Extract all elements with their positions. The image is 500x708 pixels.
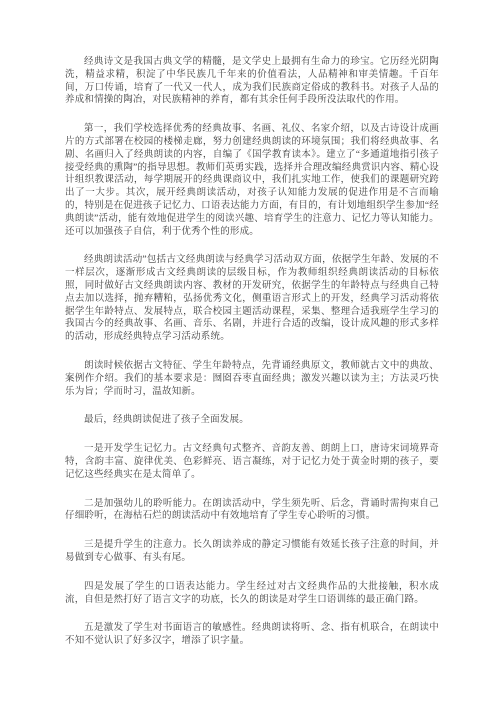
paragraph-benefit-1-memory: 一是开发学生记忆力。古文经典句式整齐、音韵友善、朗朗上口，唐诗宋词境界奇特，含韵…: [65, 443, 439, 481]
paragraph-activity-scope: 经典朗读活动”包括古文经典朗读与经典学习活动双方面，依据学生年龄、发展的不一样层…: [65, 254, 439, 344]
document-page: 经典诗文是我国古典文学的精髓，是文学史上最拥有生命力的珍宝。它历经光阴陶洗，精益…: [65, 56, 439, 648]
paragraph-benefit-2-listening: 二是加强幼儿的聆听能力。在朗读活动中，学生须先听、后念，背诵时需拘束自己仔细聆听…: [65, 498, 439, 524]
paragraph-intro: 经典诗文是我国古典文学的精髓，是文学史上最拥有生命力的珍宝。它历经光阴陶洗，精益…: [65, 56, 439, 107]
paragraph-conclusion-lead: 最后，经典朗读促进了孩子全面发展。: [65, 414, 439, 427]
paragraph-benefit-3-attention: 三是提升学生的注意力。长久朗读养成的静定习惯能有效延长孩子注意的时间，并易做到专…: [65, 539, 439, 565]
paragraph-benefit-4-speaking: 四是发展了学生的口语表达能力。学生经过对古文经典作品的大批接触，积水成流，自但是…: [65, 581, 439, 607]
paragraph-first-point: 第一，我们学校选择优秀的经典故事、名画、礼仪、名家介绍，以及古诗设计成画片的方式…: [65, 123, 439, 238]
paragraph-benefit-5-literacy: 五是激发了学生对书面语言的敏感性。经典朗读将听、念、指有机联合，在朗读中不知不觉…: [65, 622, 439, 648]
paragraph-reading-method: 朗读时候依据古文特征、学生年龄特点，先背诵经典原文，教师就古文中的典故、案例作介…: [65, 360, 439, 398]
document-screenshot: { "page": { "background": "#ffffff", "te…: [0, 0, 500, 708]
